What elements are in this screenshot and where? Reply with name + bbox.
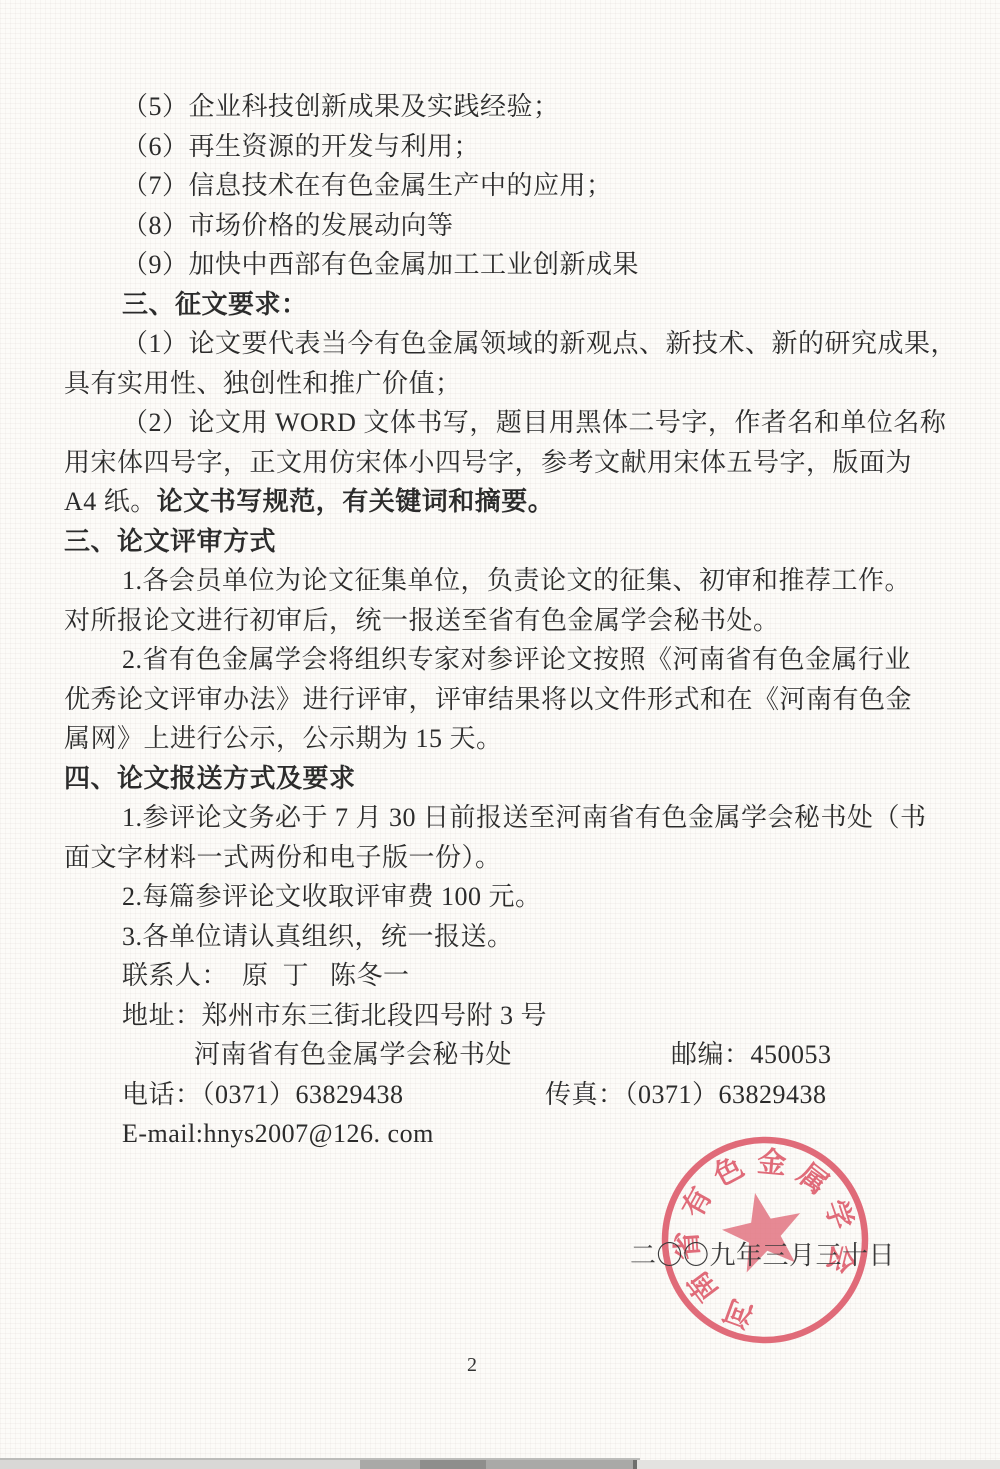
paragraph-line: 1.各会员单位为论文征集单位，负责论文的征集、初审和推荐工作。 bbox=[64, 561, 906, 601]
list-item-7: （7）信息技术在有色金属生产中的应用； bbox=[64, 166, 906, 206]
stamp-char: 河 bbox=[719, 1292, 758, 1333]
heading-text: 三、征文要求： bbox=[122, 290, 308, 319]
paragraph-line: 具有实用性、独创性和推广价值； bbox=[64, 364, 906, 404]
list-item-6: （6）再生资源的开发与利用； bbox=[64, 127, 906, 167]
section-heading-submission: 四、论文报送方式及要求 bbox=[64, 759, 906, 799]
phone-line: 电话：（0371）63829438传真：（0371）63829438 bbox=[64, 1075, 906, 1115]
paragraph-text: A4 纸。 bbox=[64, 487, 157, 516]
contact-person-line: 联系人： 原 丁 陈冬一 bbox=[64, 956, 906, 996]
paragraph-text: 优秀论文评审办法》进行评审，评审结果将以文件形式和在《河南有色金 bbox=[64, 685, 912, 714]
scanner-edge-artifact bbox=[0, 1460, 1000, 1469]
address-line: 地址：郑州市东三街北段四号附 3 号 bbox=[64, 996, 906, 1036]
paragraph-text: 3.各单位请认真组织，统一报送。 bbox=[122, 922, 514, 951]
paragraph-text: 对所报论文进行初审后，统一报送至省有色金属学会秘书处。 bbox=[64, 606, 780, 635]
paragraph-line: 属网》上进行公示，公示期为 15 天。 bbox=[64, 719, 906, 759]
paragraph-text: 2.省有色金属学会将组织专家对参评论文按照《河南省有色金属行业 bbox=[122, 645, 911, 674]
list-item-text: （8）市场价格的发展动向等 bbox=[122, 211, 454, 240]
document-body: （5）企业科技创新成果及实践经验； （6）再生资源的开发与利用； （7）信息技术… bbox=[64, 87, 906, 1154]
paragraph-line: 1.参评论文务必于 7 月 30 日前报送至河南省有色金属学会秘书处（书 bbox=[64, 798, 906, 838]
list-item-8: （8）市场价格的发展动向等 bbox=[64, 206, 906, 246]
paragraph-line: 面文字材料一式两份和电子版一份）。 bbox=[64, 838, 906, 878]
secretariat-text: 河南省有色金属学会秘书处 bbox=[194, 1040, 512, 1069]
scanner-edge-segment bbox=[360, 1460, 635, 1469]
email-text: E-mail:hnys2007@126. com bbox=[122, 1119, 434, 1148]
fax-text: 传真：（0371）63829438 bbox=[545, 1075, 827, 1115]
paragraph-text: （2）论文用 WORD 文体书写，题目用黑体二号字，作者名和单位名称 bbox=[122, 408, 946, 437]
address-text: 地址：郑州市东三街北段四号附 3 号 bbox=[122, 1001, 547, 1030]
paragraph-bold-text: 论文书写规范，有关键词和摘要。 bbox=[157, 487, 555, 516]
postal-code-text: 邮编：450053 bbox=[671, 1035, 832, 1075]
contact-person-text: 联系人： 原 丁 陈冬一 bbox=[122, 961, 410, 990]
list-item-text: （6）再生资源的开发与利用； bbox=[122, 132, 480, 161]
scanner-edge-divider bbox=[633, 1460, 637, 1469]
stamp-char: 学 bbox=[818, 1196, 859, 1234]
heading-text: 三、论文评审方式 bbox=[64, 527, 276, 556]
list-item-text: （9）加快中西部有色金属加工工业创新成果 bbox=[122, 250, 639, 279]
paragraph-text: 面文字材料一式两份和电子版一份）。 bbox=[64, 843, 502, 872]
list-item-text: （7）信息技术在有色金属生产中的应用； bbox=[122, 171, 613, 200]
paragraph-line: 对所报论文进行初审后，统一报送至省有色金属学会秘书处。 bbox=[64, 601, 906, 641]
heading-text: 四、论文报送方式及要求 bbox=[64, 764, 356, 793]
list-item-5: （5）企业科技创新成果及实践经验； bbox=[64, 87, 906, 127]
paragraph-line: （2）论文用 WORD 文体书写，题目用黑体二号字，作者名和单位名称 bbox=[64, 403, 906, 443]
paragraph-line: A4 纸。论文书写规范，有关键词和摘要。 bbox=[64, 482, 906, 522]
paragraph-text: 1.各会员单位为论文征集单位，负责论文的征集、初审和推荐工作。 bbox=[122, 566, 911, 595]
paragraph-line: 用宋体四号字，正文用仿宋体小四号字，参考文献用宋体五号字，版面为 bbox=[64, 443, 906, 483]
paragraph-line: 3.各单位请认真组织，统一报送。 bbox=[64, 917, 906, 957]
paragraph-text: 2.每篇参评论文收取评审费 100 元。 bbox=[122, 882, 542, 911]
paragraph-text: （1）论文要代表当今有色金属领域的新观点、新技术、新的研究成果， bbox=[122, 329, 957, 358]
paragraph-text: 1.参评论文务必于 7 月 30 日前报送至河南省有色金属学会秘书处（书 bbox=[122, 803, 927, 832]
list-item-9: （9）加快中西部有色金属加工工业创新成果 bbox=[64, 245, 906, 285]
secretariat-line: 河南省有色金属学会秘书处邮编：450053 bbox=[64, 1035, 906, 1075]
paragraph-text: 属网》上进行公示，公示期为 15 天。 bbox=[64, 724, 503, 753]
document-date: 二〇〇九年三月三十日 bbox=[630, 1236, 895, 1276]
scanned-document-page: { "doc": { "lines": [ {"text": "（5）企业科技创… bbox=[0, 0, 1000, 1469]
scanner-edge-segment bbox=[420, 1460, 486, 1469]
section-heading-requirements: 三、征文要求： bbox=[64, 285, 906, 325]
paragraph-line: 2.每篇参评论文收取评审费 100 元。 bbox=[64, 877, 906, 917]
paragraph-line: （1）论文要代表当今有色金属领域的新观点、新技术、新的研究成果， bbox=[64, 324, 906, 364]
paragraph-line: 优秀论文评审办法》进行评审，评审结果将以文件形式和在《河南有色金 bbox=[64, 680, 906, 720]
scanner-edge-segment bbox=[637, 1460, 1000, 1469]
section-heading-review: 三、论文评审方式 bbox=[64, 522, 906, 562]
paragraph-text: 具有实用性、独创性和推广价值； bbox=[64, 369, 462, 398]
paragraph-text: 用宋体四号字，正文用仿宋体小四号字，参考文献用宋体五号字，版面为 bbox=[64, 448, 912, 477]
stamp-char: 金 bbox=[756, 1144, 788, 1180]
page-number: 2 bbox=[456, 1354, 488, 1377]
list-item-text: （5）企业科技创新成果及实践经验； bbox=[122, 92, 560, 121]
paragraph-line: 2.省有色金属学会将组织专家对参评论文按照《河南省有色金属行业 bbox=[64, 640, 906, 680]
phone-text: 电话：（0371）63829438 bbox=[122, 1080, 404, 1109]
